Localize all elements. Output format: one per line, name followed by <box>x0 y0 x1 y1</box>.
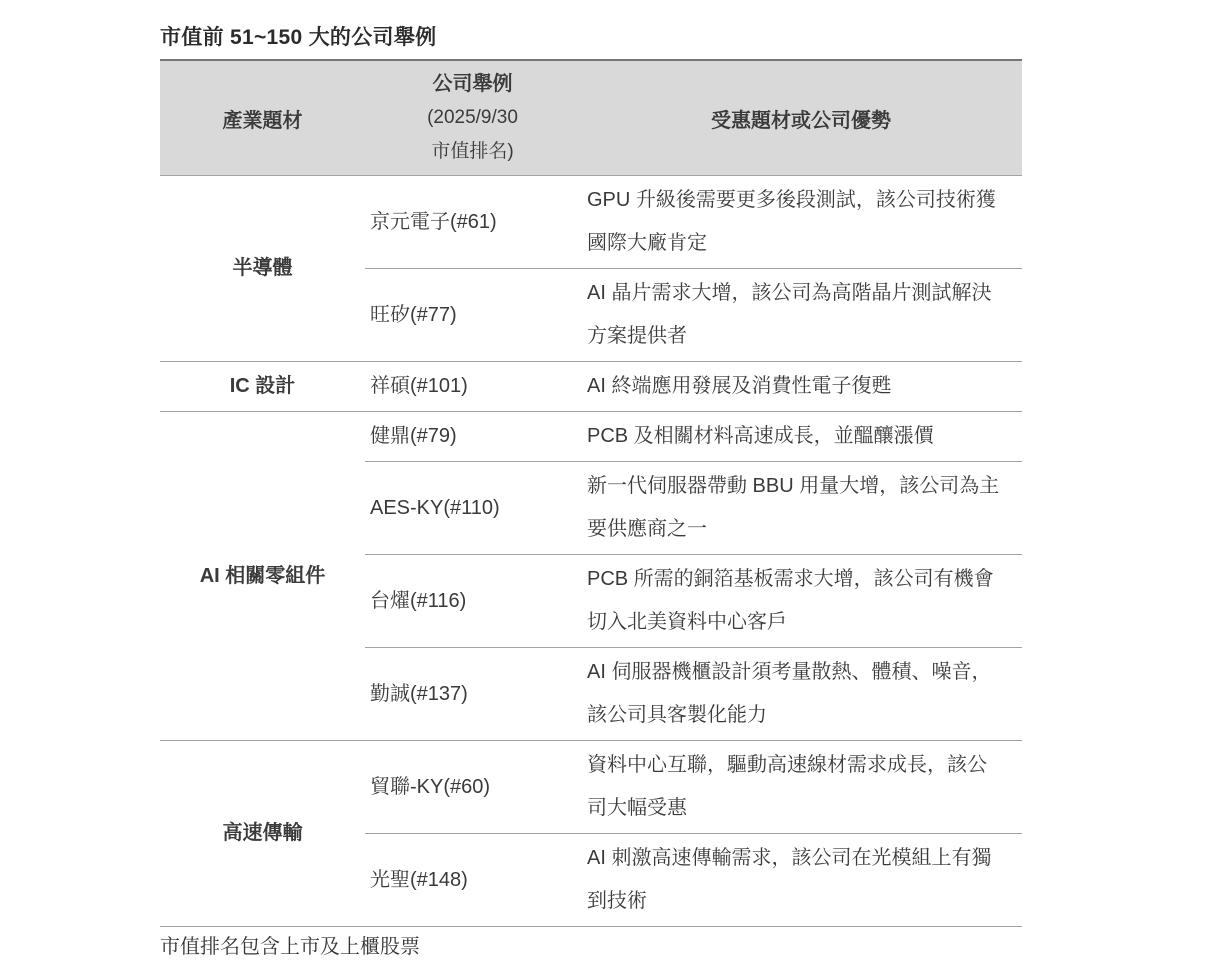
table-header: 產業題材 公司舉例 (2025/9/30 市值排名) 受惠題材或公司優勢 <box>160 60 1022 176</box>
page-title: 市值前 51~150 大的公司舉例 <box>160 26 1022 50</box>
benefit-cell: 資料中心互聯，驅動高速線材需求成長，該公司大幅受惠 <box>580 741 1022 834</box>
benefit-cell: GPU 升級後需要更多後段測試，該公司技術獲國際大廠肯定 <box>580 176 1022 269</box>
benefit-cell: PCB 及相關材料高速成長，並醞釀漲價 <box>580 412 1022 462</box>
header-benefit: 受惠題材或公司優勢 <box>580 60 1022 176</box>
header-industry: 產業題材 <box>160 60 365 176</box>
company-cell: 貿聯-KY(#60) <box>365 741 580 834</box>
company-cell: 光聖(#148) <box>365 834 580 927</box>
content-container: 市值前 51~150 大的公司舉例 產業題材 公司舉例 (2025/9/30 市… <box>160 26 1022 962</box>
industry-cell: 高速傳輸 <box>160 741 365 927</box>
header-company: 公司舉例 (2025/9/30 市值排名) <box>365 60 580 176</box>
benefit-cell: 新一代伺服器帶動 BBU 用量大增，該公司為主要供應商之一 <box>580 462 1022 555</box>
company-examples-table: 產業題材 公司舉例 (2025/9/30 市值排名) 受惠題材或公司優勢 半導體… <box>160 59 1022 927</box>
company-cell: 祥碩(#101) <box>365 362 580 412</box>
company-cell: AES-KY(#110) <box>365 462 580 555</box>
benefit-cell: AI 刺激高速傳輸需求，該公司在光模組上有獨到技術 <box>580 834 1022 927</box>
industry-cell: 半導體 <box>160 176 365 362</box>
benefit-cell: AI 晶片需求大增，該公司為高階晶片測試解決方案提供者 <box>580 269 1022 362</box>
header-company-title: 公司舉例 <box>369 67 576 101</box>
company-cell: 京元電子(#61) <box>365 176 580 269</box>
header-company-date: (2025/9/30 <box>369 101 576 135</box>
company-cell: 健鼎(#79) <box>365 412 580 462</box>
header-company-rank: 市值排名) <box>369 135 576 169</box>
benefit-cell: AI 終端應用發展及消費性電子復甦 <box>580 362 1022 412</box>
company-cell: 台燿(#116) <box>365 555 580 648</box>
industry-cell: IC 設計 <box>160 362 365 412</box>
benefit-cell: AI 伺服器機櫃設計須考量散熱、體積、噪音，該公司具客製化能力 <box>580 648 1022 741</box>
company-cell: 勤誠(#137) <box>365 648 580 741</box>
table-row: AI 相關零組件 健鼎(#79) PCB 及相關材料高速成長，並醞釀漲價 <box>160 412 1022 462</box>
industry-cell: AI 相關零組件 <box>160 412 365 741</box>
table-row: IC 設計 祥碩(#101) AI 終端應用發展及消費性電子復甦 <box>160 362 1022 412</box>
table-row: 高速傳輸 貿聯-KY(#60) 資料中心互聯，驅動高速線材需求成長，該公司大幅受… <box>160 741 1022 834</box>
benefit-cell: PCB 所需的銅箔基板需求大增，該公司有機會切入北美資料中心客戶 <box>580 555 1022 648</box>
table-row: 半導體 京元電子(#61) GPU 升級後需要更多後段測試，該公司技術獲國際大廠… <box>160 176 1022 269</box>
company-cell: 旺矽(#77) <box>365 269 580 362</box>
footnote: 市值排名包含上市及上櫃股票 <box>160 932 1022 962</box>
